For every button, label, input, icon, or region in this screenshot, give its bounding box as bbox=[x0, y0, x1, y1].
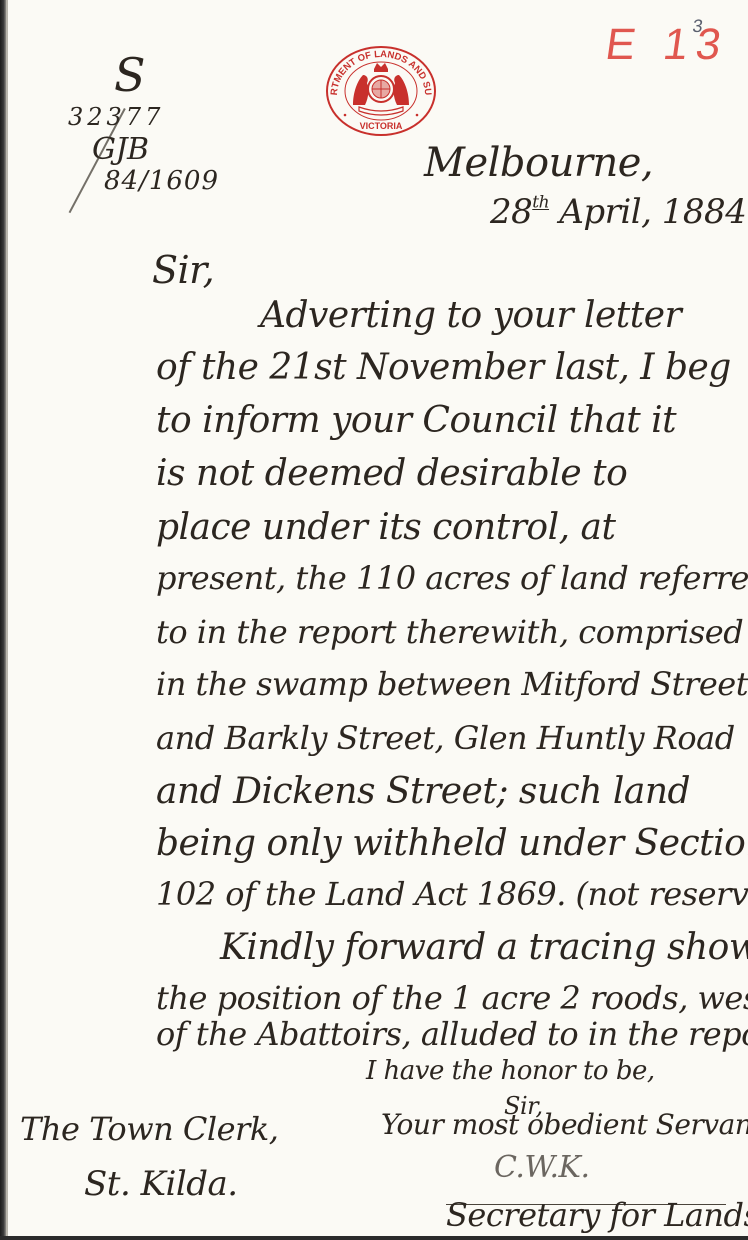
svg-text:VICTORIA: VICTORIA bbox=[360, 121, 403, 131]
body-line: Kindly forward a tracing showing bbox=[220, 930, 748, 966]
addressee-line-2: St. Kilda. bbox=[84, 1164, 238, 1204]
date-rest: April, 1884. bbox=[559, 192, 748, 232]
body-line: to in the report therewith, comprised bbox=[156, 616, 743, 648]
body-line: to inform your Council that it bbox=[156, 403, 676, 439]
file-mark-text: E 13 bbox=[603, 20, 732, 69]
body-line: the position of the 1 acre 2 roods, west bbox=[156, 982, 748, 1014]
body-line: present, the 110 acres of land referred bbox=[156, 562, 748, 594]
addressee-line-1: The Town Clerk, bbox=[20, 1110, 278, 1148]
body-line: in the swamp between Mitford Street bbox=[156, 668, 748, 700]
signature-title: Secretary for Lands. bbox=[446, 1196, 748, 1234]
scan-bottom-edge bbox=[0, 1236, 748, 1240]
body-line: is not deemed desirable to bbox=[156, 456, 627, 492]
archive-file-mark: E 13 3 bbox=[602, 20, 732, 70]
body-line: 102 of the Land Act 1869. (not reserved) bbox=[156, 878, 748, 910]
date-day: 28 bbox=[490, 192, 532, 232]
registry-letter: S bbox=[114, 48, 145, 102]
body-line: Adverting to your letter bbox=[260, 298, 681, 334]
body-line: place under its control, at bbox=[156, 510, 615, 546]
body-line: being only withheld under Section bbox=[156, 826, 748, 862]
body-line: and Dickens Street; such land bbox=[156, 774, 690, 810]
letter-page: S 32377 GJB 84/1609 DEPARTMENT OF LANDS … bbox=[6, 0, 748, 1236]
body-line: of the Abattoirs, alluded to in the repo… bbox=[156, 1018, 748, 1050]
body-line: of the 21st November last, I beg bbox=[156, 350, 731, 386]
body-line: and Barkly Street, Glen Huntly Road bbox=[156, 722, 735, 754]
department-stamp: DEPARTMENT OF LANDS AND SURVEY VICTORIA bbox=[325, 45, 437, 137]
registry-reference: 84/1609 bbox=[104, 166, 219, 196]
coat-of-arms-icon: DEPARTMENT OF LANDS AND SURVEY VICTORIA bbox=[325, 45, 437, 137]
closing-line-3: Your most obedient Servant, bbox=[381, 1108, 748, 1141]
letter-place: Melbourne, bbox=[424, 140, 653, 186]
date-suffix: th bbox=[532, 193, 549, 213]
salutation: Sir, bbox=[152, 248, 214, 292]
letter-date: 28th April, 1884. bbox=[490, 192, 748, 232]
signature-initials: C.W.K. bbox=[494, 1150, 590, 1185]
closing-line-1: I have the honor to be, bbox=[366, 1056, 655, 1086]
